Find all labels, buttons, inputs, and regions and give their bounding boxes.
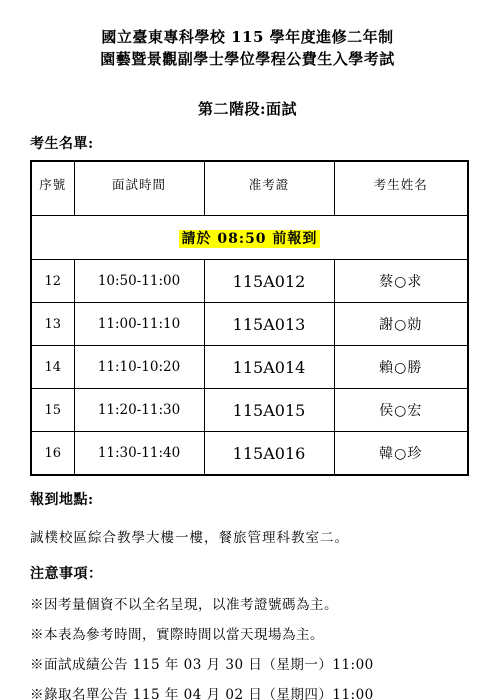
notes-label: 注意事項： bbox=[30, 563, 495, 583]
row-ticket-number: 115A014 bbox=[204, 346, 334, 389]
header-candidate-name: 考生姓名 bbox=[334, 161, 468, 216]
table-row: 1511:20-11:30115A015侯○宏 bbox=[31, 389, 468, 432]
stage-title: 第二階段:面試 bbox=[0, 98, 495, 119]
row-seq-no: 15 bbox=[31, 389, 74, 432]
header-seq-no: 序號 bbox=[31, 161, 74, 216]
row-seq-no: 16 bbox=[31, 432, 74, 476]
title-line-2: 園藝暨景觀副學士學位學程公費生入學考試 bbox=[0, 48, 495, 70]
document-page: 國立臺東專科學校 115 學年度進修二年制 園藝暨景觀副學士學位學程公費生入學考… bbox=[0, 0, 495, 700]
note-privacy: ※因考量個資不以全名呈現，以准考證號碼為主。 bbox=[30, 597, 495, 613]
checkin-notice-highlight: 請於 08:50 前報到 bbox=[179, 230, 321, 248]
header-interview-time: 面試時間 bbox=[74, 161, 204, 216]
note-score-announcement: ※面試成績公告 115 年 03 月 30 日（星期一）11:00 bbox=[30, 657, 495, 673]
checkin-location-text: 誠樸校區綜合教學大樓一樓，餐旅管理科教室二。 bbox=[30, 526, 495, 546]
table-row: 1311:00-11:10115A013謝○勍 bbox=[31, 303, 468, 346]
table-row: 1411:10-10:20115A014賴○勝 bbox=[31, 346, 468, 389]
row-candidate-name: 謝○勍 bbox=[334, 303, 468, 346]
note-reference-time: ※本表為參考時間，實際時間以當天現場為主。 bbox=[30, 627, 495, 643]
table-row: 1210:50-11:00115A012蔡○求 bbox=[31, 260, 468, 303]
row-ticket-number: 115A015 bbox=[204, 389, 334, 432]
row-ticket-number: 115A013 bbox=[204, 303, 334, 346]
row-seq-no: 14 bbox=[31, 346, 74, 389]
row-seq-no: 13 bbox=[31, 303, 74, 346]
title-line-1: 國立臺東專科學校 115 學年度進修二年制 bbox=[0, 26, 495, 48]
table-row: 1611:30-11:40115A016韓○珍 bbox=[31, 432, 468, 476]
candidate-table: 序號 面試時間 准考證 考生姓名 請於 08:50 前報到 1210:50-11… bbox=[30, 160, 469, 476]
table-body: 請於 08:50 前報到 1210:50-11:00115A012蔡○求1311… bbox=[31, 216, 468, 476]
row-ticket-number: 115A012 bbox=[204, 260, 334, 303]
row-seq-no: 12 bbox=[31, 260, 74, 303]
row-interview-time: 11:30-11:40 bbox=[74, 432, 204, 476]
row-interview-time: 10:50-11:00 bbox=[74, 260, 204, 303]
row-interview-time: 11:20-11:30 bbox=[74, 389, 204, 432]
table-header-row: 序號 面試時間 准考證 考生姓名 bbox=[31, 161, 468, 216]
checkin-notice-cell: 請於 08:50 前報到 bbox=[31, 216, 468, 260]
row-candidate-name: 侯○宏 bbox=[334, 389, 468, 432]
candidate-list-label: 考生名單: bbox=[30, 133, 495, 153]
note-admission-announcement: ※錄取名單公告 115 年 04 月 02 日（星期四）11:00 bbox=[30, 687, 495, 700]
document-title: 國立臺東專科學校 115 學年度進修二年制 園藝暨景觀副學士學位學程公費生入學考… bbox=[0, 0, 495, 70]
row-ticket-number: 115A016 bbox=[204, 432, 334, 476]
row-interview-time: 11:00-11:10 bbox=[74, 303, 204, 346]
checkin-location-label: 報到地點: bbox=[30, 489, 495, 509]
row-candidate-name: 韓○珍 bbox=[334, 432, 468, 476]
header-ticket-number: 准考證 bbox=[204, 161, 334, 216]
row-interview-time: 11:10-10:20 bbox=[74, 346, 204, 389]
checkin-notice-row: 請於 08:50 前報到 bbox=[31, 216, 468, 260]
row-candidate-name: 賴○勝 bbox=[334, 346, 468, 389]
row-candidate-name: 蔡○求 bbox=[334, 260, 468, 303]
